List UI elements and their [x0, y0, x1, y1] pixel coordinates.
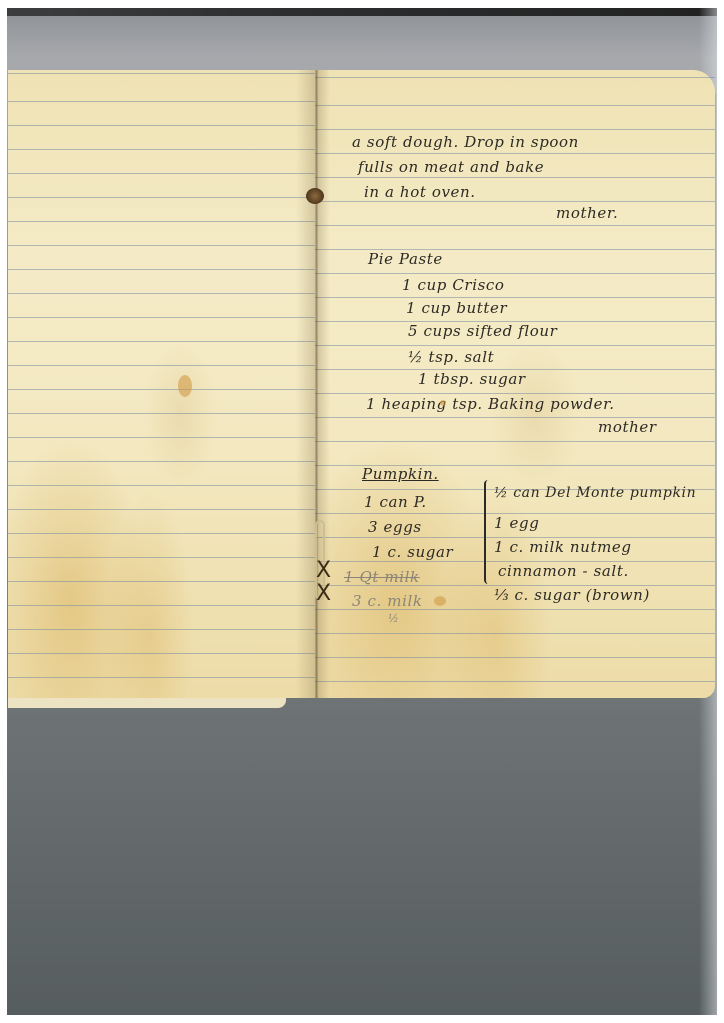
recipe-title-pumpkin: Pumpkin.	[362, 465, 439, 483]
continuation-line: in a hot oven.	[364, 183, 476, 201]
ingredient: ⅓ c. sugar (brown)	[494, 586, 650, 604]
stain	[178, 375, 192, 397]
signature: mother.	[556, 204, 618, 222]
ingredient-struck: 1 Qt milk	[344, 568, 420, 586]
binding-thread-mark: X	[316, 583, 331, 605]
ingredient: 1 tbsp. sugar	[418, 370, 526, 388]
binding-staple-top	[306, 188, 324, 204]
ingredient: ½ can Del Monte pumpkin	[494, 485, 696, 501]
continuation-line: a soft dough. Drop in spoon	[352, 133, 579, 151]
pencil-mark: ½	[388, 612, 399, 625]
ingredient: 1 egg	[494, 514, 539, 532]
ingredient: 1 can P.	[364, 493, 427, 511]
ruled-lines	[8, 70, 322, 698]
binding-thread-mark: X	[316, 560, 331, 582]
ingredient: 1 heaping tsp. Baking powder.	[366, 395, 615, 413]
continuation-line: fulls on meat and bake	[358, 158, 544, 176]
recipe-title-pie-paste: Pie Paste	[368, 250, 443, 268]
column-brace	[484, 480, 490, 584]
ingredient: cinnamon - salt.	[498, 562, 629, 580]
left-page	[8, 70, 322, 698]
ingredient: 1 cup Crisco	[402, 276, 505, 294]
stain	[434, 596, 446, 606]
stain	[440, 400, 446, 406]
ingredient: 1 cup butter	[406, 299, 507, 317]
ingredient: 1 c. milk nutmeg	[494, 538, 632, 556]
ingredient: ½ tsp. salt	[408, 348, 494, 366]
ingredient-pencil: 3 c. milk	[352, 592, 423, 610]
signature: mother	[598, 418, 657, 436]
ingredient: 5 cups sifted flour	[408, 322, 557, 340]
ingredient: 1 c. sugar	[372, 543, 453, 561]
ingredient: 3 eggs	[368, 518, 422, 536]
